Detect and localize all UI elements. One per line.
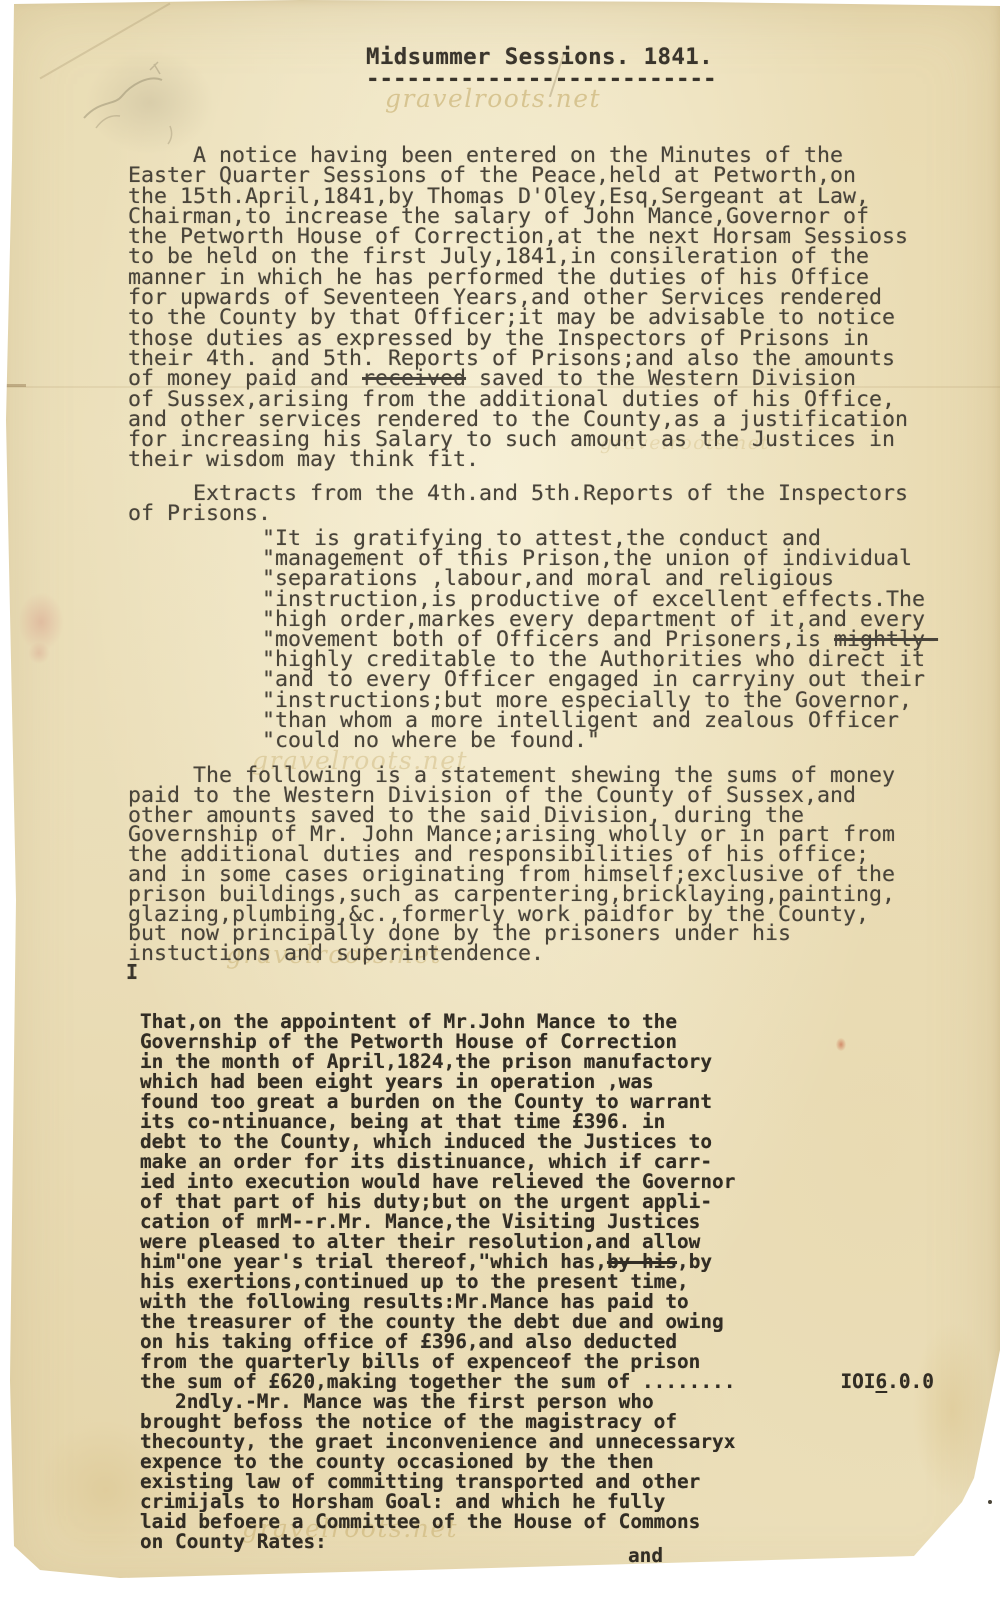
text-segment: .0.0 2ndly.-Mr. Mance was the first pers…	[140, 1370, 934, 1553]
paragraph-notice: A notice having been entered on the Minu…	[128, 146, 908, 471]
stain-pink-small	[28, 642, 50, 664]
text-segment: "highly creditable to the Authorities wh…	[262, 647, 925, 753]
stray-mark: I	[126, 960, 138, 984]
text-segment: A notice having been entered on the Minu…	[128, 143, 908, 391]
title-underline: --------------------------	[366, 68, 717, 90]
dust-speck	[988, 1500, 992, 1504]
document-paper: gravelroots.net gravelroots.net gravelro…	[0, 0, 1000, 1600]
closing-word: and	[628, 1544, 663, 1567]
paragraph-results: That,on the appointent of Mr.John Mance …	[140, 1012, 934, 1552]
crease-left-notch	[0, 384, 26, 387]
paragraph-statement: The following is a statement shewing the…	[128, 766, 895, 964]
pencil-marks	[70, 40, 200, 150]
scan-background: gravelroots.net gravelroots.net gravelro…	[0, 0, 1000, 1600]
text-segment: ,by his exertions,continued up to the pr…	[140, 1250, 875, 1393]
stain-pink	[18, 592, 64, 652]
text-segment: "It is gratifying to attest,the conduct …	[262, 526, 925, 652]
underlined-digit: 6	[875, 1370, 887, 1393]
extracts-heading: Extracts from the 4th.and 5th.Reports of…	[128, 484, 908, 525]
extract-quote: "It is gratifying to attest,the conduct …	[262, 529, 938, 751]
text-segment: That,on the appointent of Mr.John Mance …	[140, 1010, 735, 1273]
